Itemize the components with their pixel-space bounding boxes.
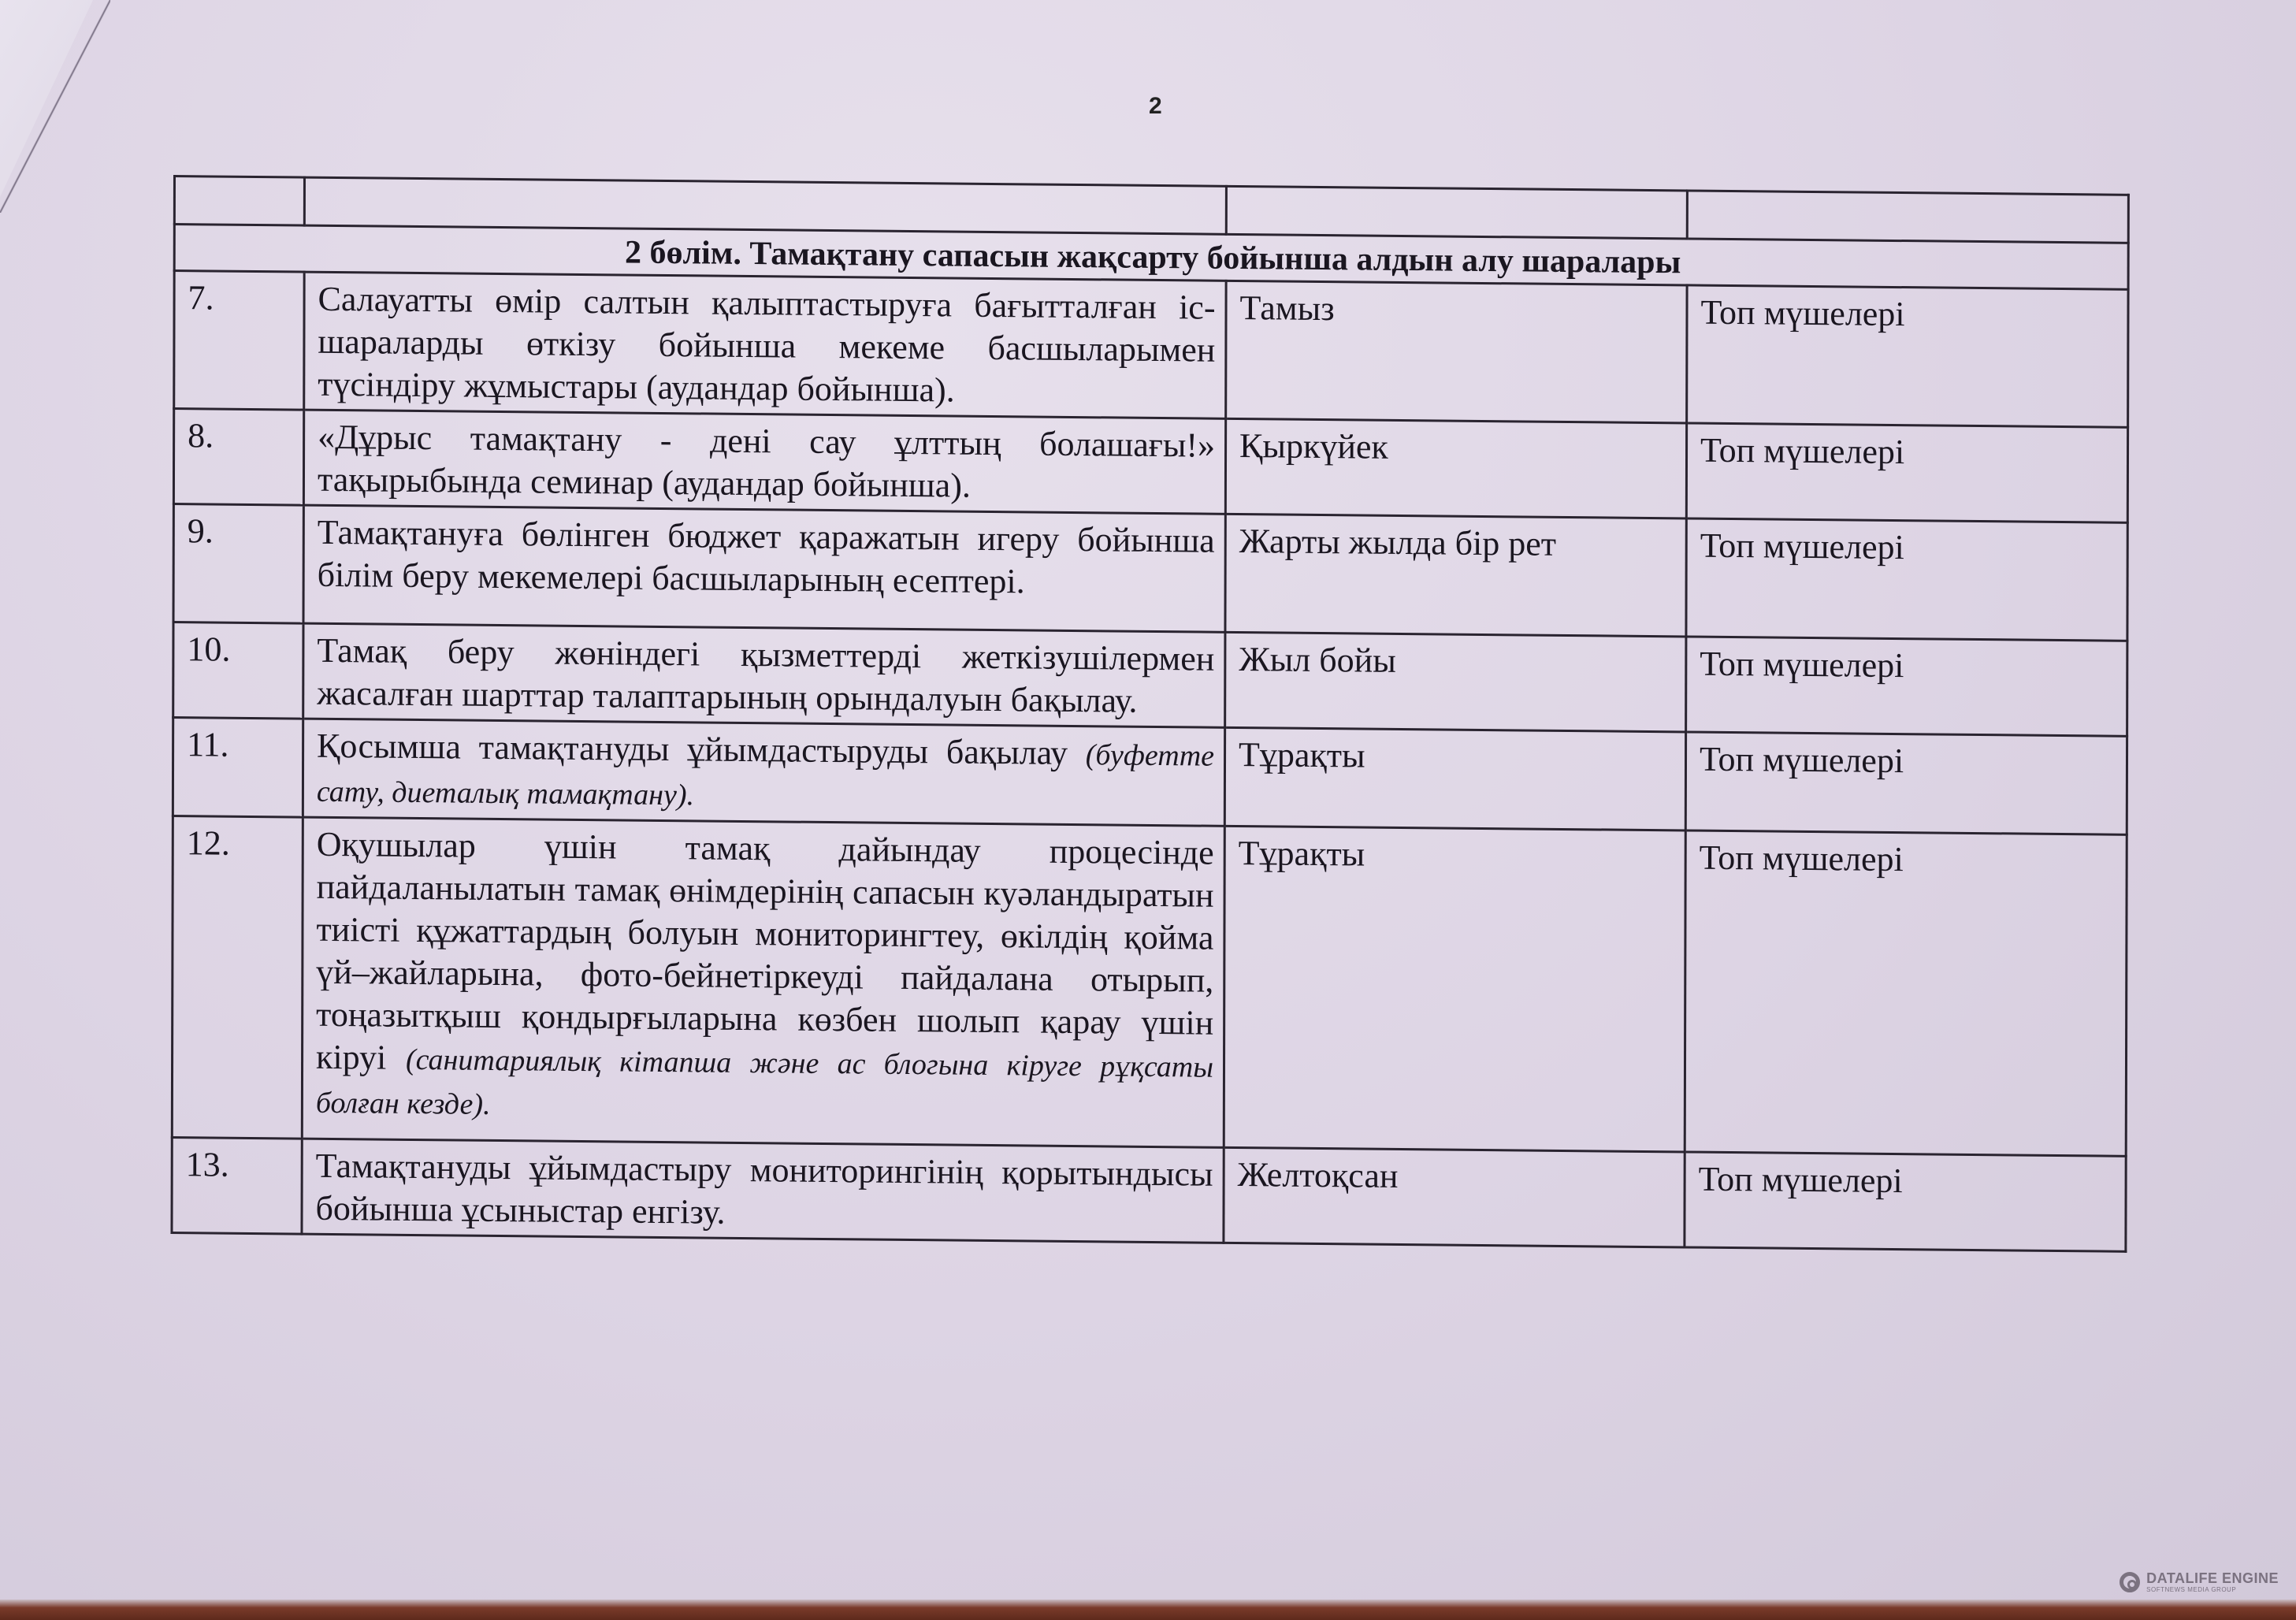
row-number: 8. bbox=[173, 409, 303, 506]
row-number: 10. bbox=[173, 622, 303, 719]
deadline-cell: Тамыз bbox=[1226, 281, 1687, 423]
responsible-cell: Топ мүшелері bbox=[1686, 637, 2127, 736]
table-row: 12.Оқушылар үшін тамақ дайындау процесін… bbox=[172, 816, 2127, 1157]
responsible-cell: Топ мүшелері bbox=[1686, 518, 2127, 641]
deadline-cell: Қыркүйек bbox=[1225, 418, 1686, 518]
plan-table-container: 2 бөлім. Тамақтану сапасын жақсарту бойы… bbox=[170, 175, 2127, 1253]
row-number: 13. bbox=[172, 1138, 302, 1235]
task-text: Қосымша тамақтануды ұйымдастыруды бақыла… bbox=[317, 726, 1068, 772]
table-row: 7.Салауатты өмір салтын қалыптастыруға б… bbox=[174, 271, 2128, 428]
watermark-subtitle: SOFTNEWS MEDIA GROUP bbox=[2146, 1587, 2279, 1593]
deadline-cell: Желтоқсан bbox=[1224, 1147, 1685, 1247]
blank-cell bbox=[1226, 186, 1687, 239]
task-text: Тамақ беру жөніндегі қызметтерді жеткізу… bbox=[317, 631, 1214, 720]
row-number: 7. bbox=[174, 271, 304, 411]
task-cell: «Дұрыс тамақтану - дені сау ұлттың болаш… bbox=[303, 410, 1225, 514]
task-cell: Салауатты өмір салтын қалыптастыруға бағ… bbox=[304, 272, 1226, 418]
deadline-cell: Жыл бойы bbox=[1225, 632, 1686, 732]
task-cell: Тамақтануды ұйымдастыру мониторингінің қ… bbox=[302, 1139, 1224, 1243]
task-text: Тамақтануға бөлінген бюджет қаражатын иг… bbox=[318, 513, 1215, 601]
deadline-cell: Жарты жылда бір рет bbox=[1225, 514, 1686, 637]
blank-cell bbox=[174, 176, 304, 226]
table-row: 13.Тамақтануды ұйымдастыру мониторингіні… bbox=[172, 1138, 2126, 1252]
task-cell: Оқушылар үшін тамақ дайындау процесінде … bbox=[302, 817, 1224, 1147]
task-text: Салауатты өмір салтын қалыптастыруға бағ… bbox=[318, 280, 1215, 410]
blank-cell bbox=[1687, 191, 2128, 243]
task-text: Тамақтануды ұйымдастыру мониторингінің қ… bbox=[315, 1146, 1213, 1232]
table-row: 8.«Дұрыс тамақтану - дені сау ұлттың бол… bbox=[173, 409, 2127, 523]
blank-cell bbox=[304, 177, 1226, 234]
deadline-cell: Тұрақты bbox=[1224, 826, 1685, 1152]
task-cell: Тамақ беру жөніндегі қызметтерді жеткізу… bbox=[303, 623, 1225, 727]
task-note: (санитариялық кітапша және ас блогына кі… bbox=[316, 1043, 1213, 1121]
watermark-title: DATALIFE ENGINE bbox=[2146, 1571, 2279, 1585]
responsible-cell: Топ мүшелері bbox=[1685, 830, 2127, 1156]
deadline-cell: Тұрақты bbox=[1224, 727, 1685, 830]
task-text: «Дұрыс тамақтану - дені сау ұлттың болаш… bbox=[318, 418, 1215, 505]
responsible-cell: Топ мүшелері bbox=[1687, 285, 2128, 427]
responsible-cell: Топ мүшелері bbox=[1686, 423, 2127, 522]
row-number: 9. bbox=[173, 504, 303, 624]
row-number: 11. bbox=[173, 718, 303, 818]
datalife-logo-icon bbox=[2120, 1572, 2140, 1592]
task-cell: Қосымша тамақтануды ұйымдастыруды бақыла… bbox=[303, 719, 1224, 826]
plan-table: 2 бөлім. Тамақтану сапасын жақсарту бойы… bbox=[170, 175, 2129, 1253]
table-row: 10.Тамақ беру жөніндегі қызметтерді жетк… bbox=[173, 622, 2127, 737]
task-text: Оқушылар үшін тамақ дайындау процесінде … bbox=[316, 825, 1214, 1077]
responsible-cell: Топ мүшелері bbox=[1685, 732, 2127, 834]
watermark: DATALIFE ENGINE SOFTNEWS MEDIA GROUP bbox=[2120, 1571, 2279, 1593]
responsible-cell: Топ мүшелері bbox=[1685, 1152, 2126, 1251]
table-row: 11.Қосымша тамақтануды ұйымдастыруды бақ… bbox=[173, 718, 2127, 835]
table-row: 9.Тамақтануға бөлінген бюджет қаражатын … bbox=[173, 504, 2127, 641]
desk-surface bbox=[0, 1600, 2296, 1620]
page-edge bbox=[0, 0, 110, 213]
row-number: 12. bbox=[172, 816, 303, 1139]
page-number: 2 bbox=[1149, 93, 1162, 120]
task-cell: Тамақтануға бөлінген бюджет қаражатын иг… bbox=[303, 505, 1225, 632]
